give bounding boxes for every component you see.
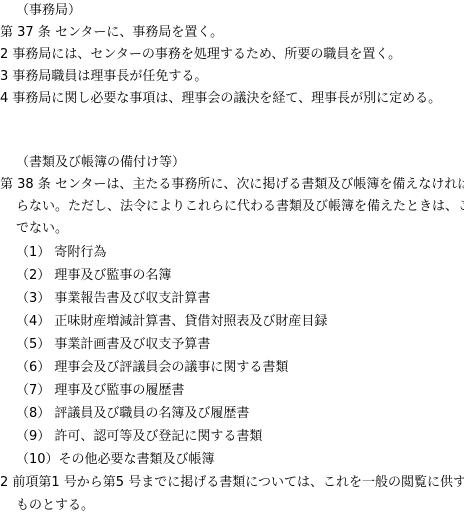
- list-item: （10）その他必要な書類及び帳簿: [16, 449, 215, 471]
- article-37-paragraph-4: 4 事務局に関し必要な事項は、理事会の議決を経て、理事長が別に定める。: [0, 88, 441, 110]
- document-page: （事務局） 第 37 条 センターに、事務局を置く。 2 事務局には、センターの…: [0, 0, 464, 523]
- article-38-text-line-2: らない。ただし、法令によりこれらに代わる書類及び帳簿を備えたときは、この限り: [16, 196, 464, 218]
- list-item: （7） 理事及び監事の履歴書: [16, 380, 184, 402]
- article-38-paragraph-2-line-1: 2 前項第1 号から第5 号までに掲げる書類については、これを一般の閲覧に供する: [0, 472, 464, 494]
- article-38-paragraph-2-line-2: ものとする。: [16, 495, 94, 517]
- article-37-paragraph-3: 3 事務局職員は理事長が任免する。: [0, 66, 207, 88]
- list-item: （5） 事業計画書及び収支予算書: [16, 334, 210, 356]
- article-38-text-line-1: 第 38 条 センターは、主たる事務所に、次に掲げる書類及び帳簿を備えなければな: [0, 174, 464, 196]
- article-38-heading: （書類及び帳簿の備付け等）: [16, 152, 185, 174]
- list-item: （1） 寄附行為: [16, 242, 106, 264]
- list-item: （2） 理事及び監事の名簿: [16, 265, 171, 287]
- article-37-text: 第 37 条 センターに、事務局を置く。: [0, 22, 223, 44]
- list-item: （6） 理事会及び評議員会の議事に関する書類: [16, 357, 288, 379]
- list-item: （9） 許可、認可等及び登記に関する書類: [16, 426, 262, 448]
- article-37-paragraph-2: 2 事務局には、センターの事務を処理するため、所要の職員を置く。: [0, 44, 401, 66]
- article-37-heading: （事務局）: [16, 0, 81, 22]
- list-item: （3） 事業報告書及び収支計算書: [16, 288, 210, 310]
- article-38-text-line-3: でない。: [16, 218, 68, 240]
- list-item: （8） 評議員及び職員の名簿及び履歴書: [16, 403, 249, 425]
- list-item: （4） 正味財産増減計算書、貸借対照表及び財産目録: [16, 311, 327, 333]
